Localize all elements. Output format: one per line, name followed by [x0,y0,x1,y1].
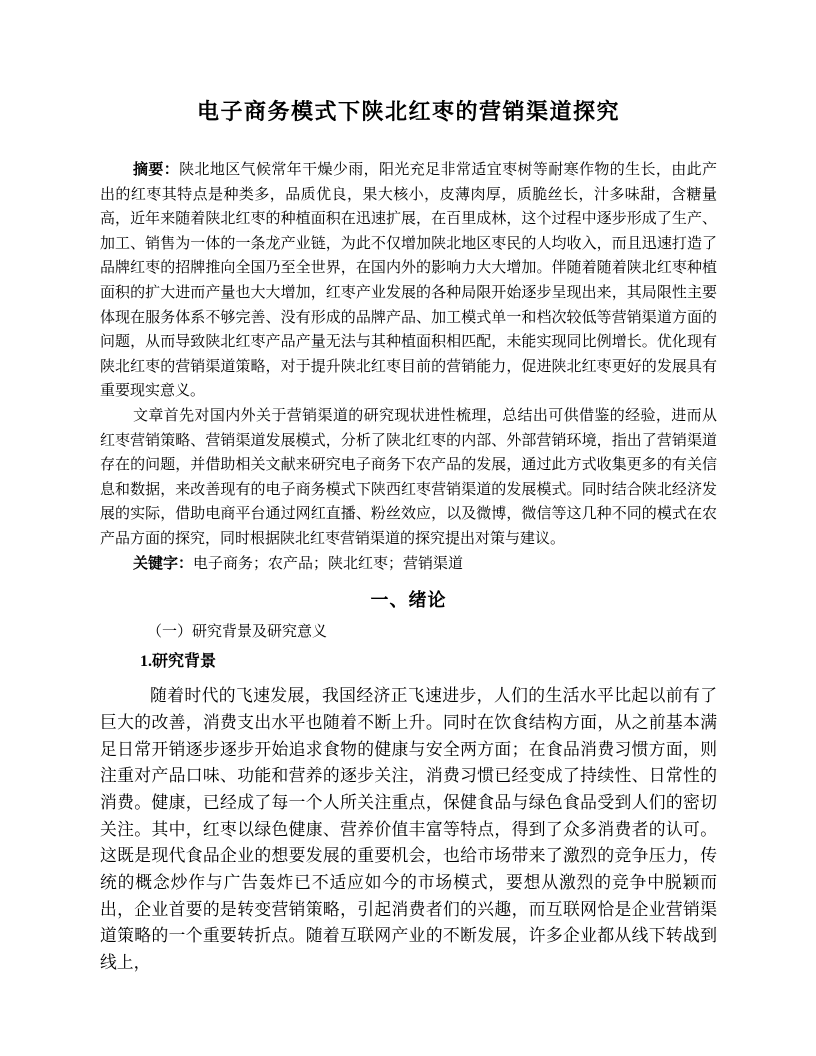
keywords-line: 关键字：电子商务；农产品；陕北红枣；营销渠道 [100,552,717,577]
abstract-paragraph: 摘要：陕北地区气候常年干燥少雨，阳光充足非常适宜枣树等耐寒作物的生长，由此产出的… [100,158,717,404]
chapter-heading: 一、绪论 [100,588,717,612]
section-heading: （一）研究背景及研究意义 [147,620,717,644]
document-title: 电子商务模式下陕北红枣的营销渠道探究 [100,98,717,126]
body-paragraph: 随着时代的飞速发展，我国经济正飞速进步，人们的生活水平比起以前有了巨大的改善，消… [100,683,717,977]
document-page: 电子商务模式下陕北红枣的营销渠道探究 摘要：陕北地区气候常年干燥少雨，阳光充足非… [0,0,816,1056]
subsection-heading: 1.研究背景 [140,651,717,673]
abstract-paragraph-2: 文章首先对国内外关于营销渠道的研究现状进性梳理，总结出可供借鉴的经验，进而从红枣… [100,404,717,552]
keywords-text: 电子商务；农产品；陕北红枣；营销渠道 [193,556,463,572]
abstract-text: 陕北地区气候常年干燥少雨，阳光充足非常适宜枣树等耐寒作物的生长，由此产出的红枣其… [100,162,717,399]
keywords-label: 关键字： [133,556,193,572]
abstract-label: 摘要： [133,162,179,178]
